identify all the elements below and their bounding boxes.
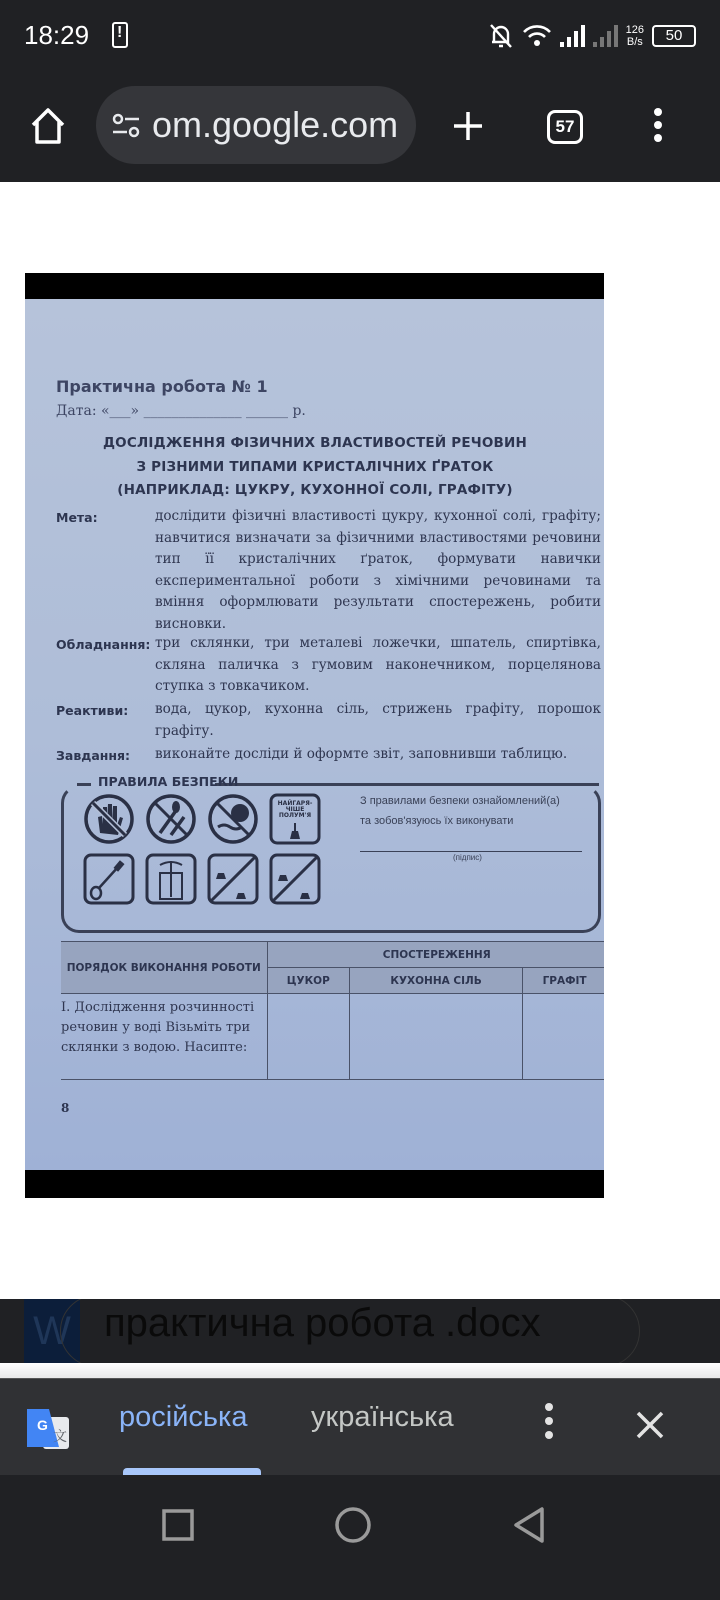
stirring-glass-icon <box>144 853 198 905</box>
document-image[interactable]: Практична робота № 1 Дата: «___» _______… <box>25 273 604 1198</box>
network-speed: 126 B/s <box>626 24 644 48</box>
signal-icon-dim <box>593 25 618 47</box>
safety-title: ПРАВИЛА БЕЗПЕКИ <box>98 774 238 789</box>
salt-cell <box>350 994 523 1080</box>
date-line: Дата: «___» ______________ ______ р. <box>56 403 306 419</box>
status-bar: 18:29 126 B/s 50 <box>0 0 720 72</box>
equipment-label: Обладнання: <box>56 637 150 652</box>
work-title: Практична робота № 1 <box>56 377 268 396</box>
battery-icon: 50 <box>652 25 696 47</box>
svg-text:文: 文 <box>53 1429 67 1445</box>
translate-bar: G 文 російська українська <box>0 1378 720 1475</box>
heading-line-1: ДОСЛІДЖЕННЯ ФІЗИЧНИХ ВЛАСТИВОСТЕЙ РЕЧОВИ… <box>45 435 585 451</box>
reagents-label: Реактиви: <box>56 703 128 718</box>
heading-line-2: З РІЗНИМИ ТИПАМИ КРИСТАЛІЧНИХ ҐРАТОК <box>45 459 585 475</box>
signature-caption: (підпис) <box>453 853 482 862</box>
heading-line-3: (НАПРИКЛАД: ЦУКРУ, КУХОННОЇ СОЛІ, ГРАФІТ… <box>45 482 585 498</box>
col-sugar: ЦУКОР <box>267 968 350 994</box>
signature-line <box>360 851 582 852</box>
no-lighting-from-lamp-icon <box>206 853 260 905</box>
wifi-icon <box>522 23 552 49</box>
translate-menu-icon[interactable] <box>543 1403 555 1447</box>
hottest-flame-icon: НАЙГАРЯ- ЧІШЕ ПОЛУМ'Я <box>268 793 322 845</box>
col-observations: СПОСТЕРЕЖЕННЯ <box>267 942 604 968</box>
url-text[interactable]: om.google.com <box>152 104 398 146</box>
address-bar[interactable]: om.google.com <box>96 86 416 164</box>
site-settings-icon[interactable] <box>112 113 140 139</box>
bell-off-icon <box>488 22 514 50</box>
equipment-text: три склянки, три металеві ложечки, шпате… <box>155 633 601 698</box>
safety-acknowledgement-line-1: З правилами безпеки ознайомлений(а) <box>360 795 560 807</box>
svg-text:ПОЛУМ'Я: ПОЛУМ'Я <box>279 812 312 819</box>
col-salt: КУХОННА СІЛЬ <box>350 968 523 994</box>
recents-button[interactable] <box>158 1505 198 1545</box>
tab-target-language[interactable]: українська <box>311 1401 454 1434</box>
google-translate-icon[interactable]: G 文 <box>25 1407 71 1451</box>
no-touch-hand-icon <box>82 793 136 845</box>
no-eating-icon <box>144 793 198 845</box>
browser-toolbar: om.google.com 57 <box>0 72 720 182</box>
alert-phone-icon <box>112 22 128 48</box>
procedure-cell: І. Дослідження розчинності речовин у вод… <box>61 994 267 1080</box>
system-navigation-bar <box>0 1475 720 1600</box>
signal-icon <box>560 25 585 47</box>
col-procedure: ПОРЯДОК ВИКОНАННЯ РОБОТИ <box>61 942 267 994</box>
page-number: 8 <box>61 1101 69 1115</box>
safety-icons: НАЙГАРЯ- ЧІШЕ ПОЛУМ'Я <box>82 793 332 913</box>
sugar-cell <box>267 994 350 1080</box>
table-row: І. Дослідження розчинності речовин у вод… <box>61 994 604 1080</box>
clock: 18:29 <box>24 20 89 51</box>
goal-label: Мета: <box>56 510 98 525</box>
col-graphite: ГРАФІТ <box>523 968 604 994</box>
close-icon[interactable] <box>634 1409 666 1441</box>
search-result[interactable]: W практична робота .docx <box>0 1299 720 1363</box>
reagents-text: вода, цукор, кухонна сіль, стрижень граф… <box>155 699 601 742</box>
tab-source-language[interactable]: російська <box>119 1401 247 1434</box>
graphite-cell <box>523 994 604 1080</box>
tab-switcher-icon[interactable]: 57 <box>547 110 583 144</box>
task-label: Завдання: <box>56 748 130 763</box>
menu-icon[interactable] <box>650 108 666 146</box>
no-smelling-icon <box>206 793 260 845</box>
back-button[interactable] <box>510 1505 550 1545</box>
result-title[interactable]: практична робота .docx <box>104 1301 541 1346</box>
new-tab-icon[interactable] <box>452 110 484 142</box>
home-button[interactable] <box>333 1505 373 1545</box>
home-icon[interactable] <box>28 106 68 146</box>
svg-text:G: G <box>37 1417 48 1433</box>
observations-table: ПОРЯДОК ВИКОНАННЯ РОБОТИ СПОСТЕРЕЖЕННЯ Ц… <box>61 941 604 1080</box>
safety-acknowledgement-line-2: та зобов'язуюсь їх виконувати <box>360 815 513 827</box>
spoon-spatula-icon <box>82 853 136 905</box>
goal-text: дослідити фізичні властивості цукру, кух… <box>155 506 601 635</box>
task-text: виконайте досліди й оформте звіт, заповн… <box>155 744 601 766</box>
no-passing-lamp-icon <box>268 853 322 905</box>
